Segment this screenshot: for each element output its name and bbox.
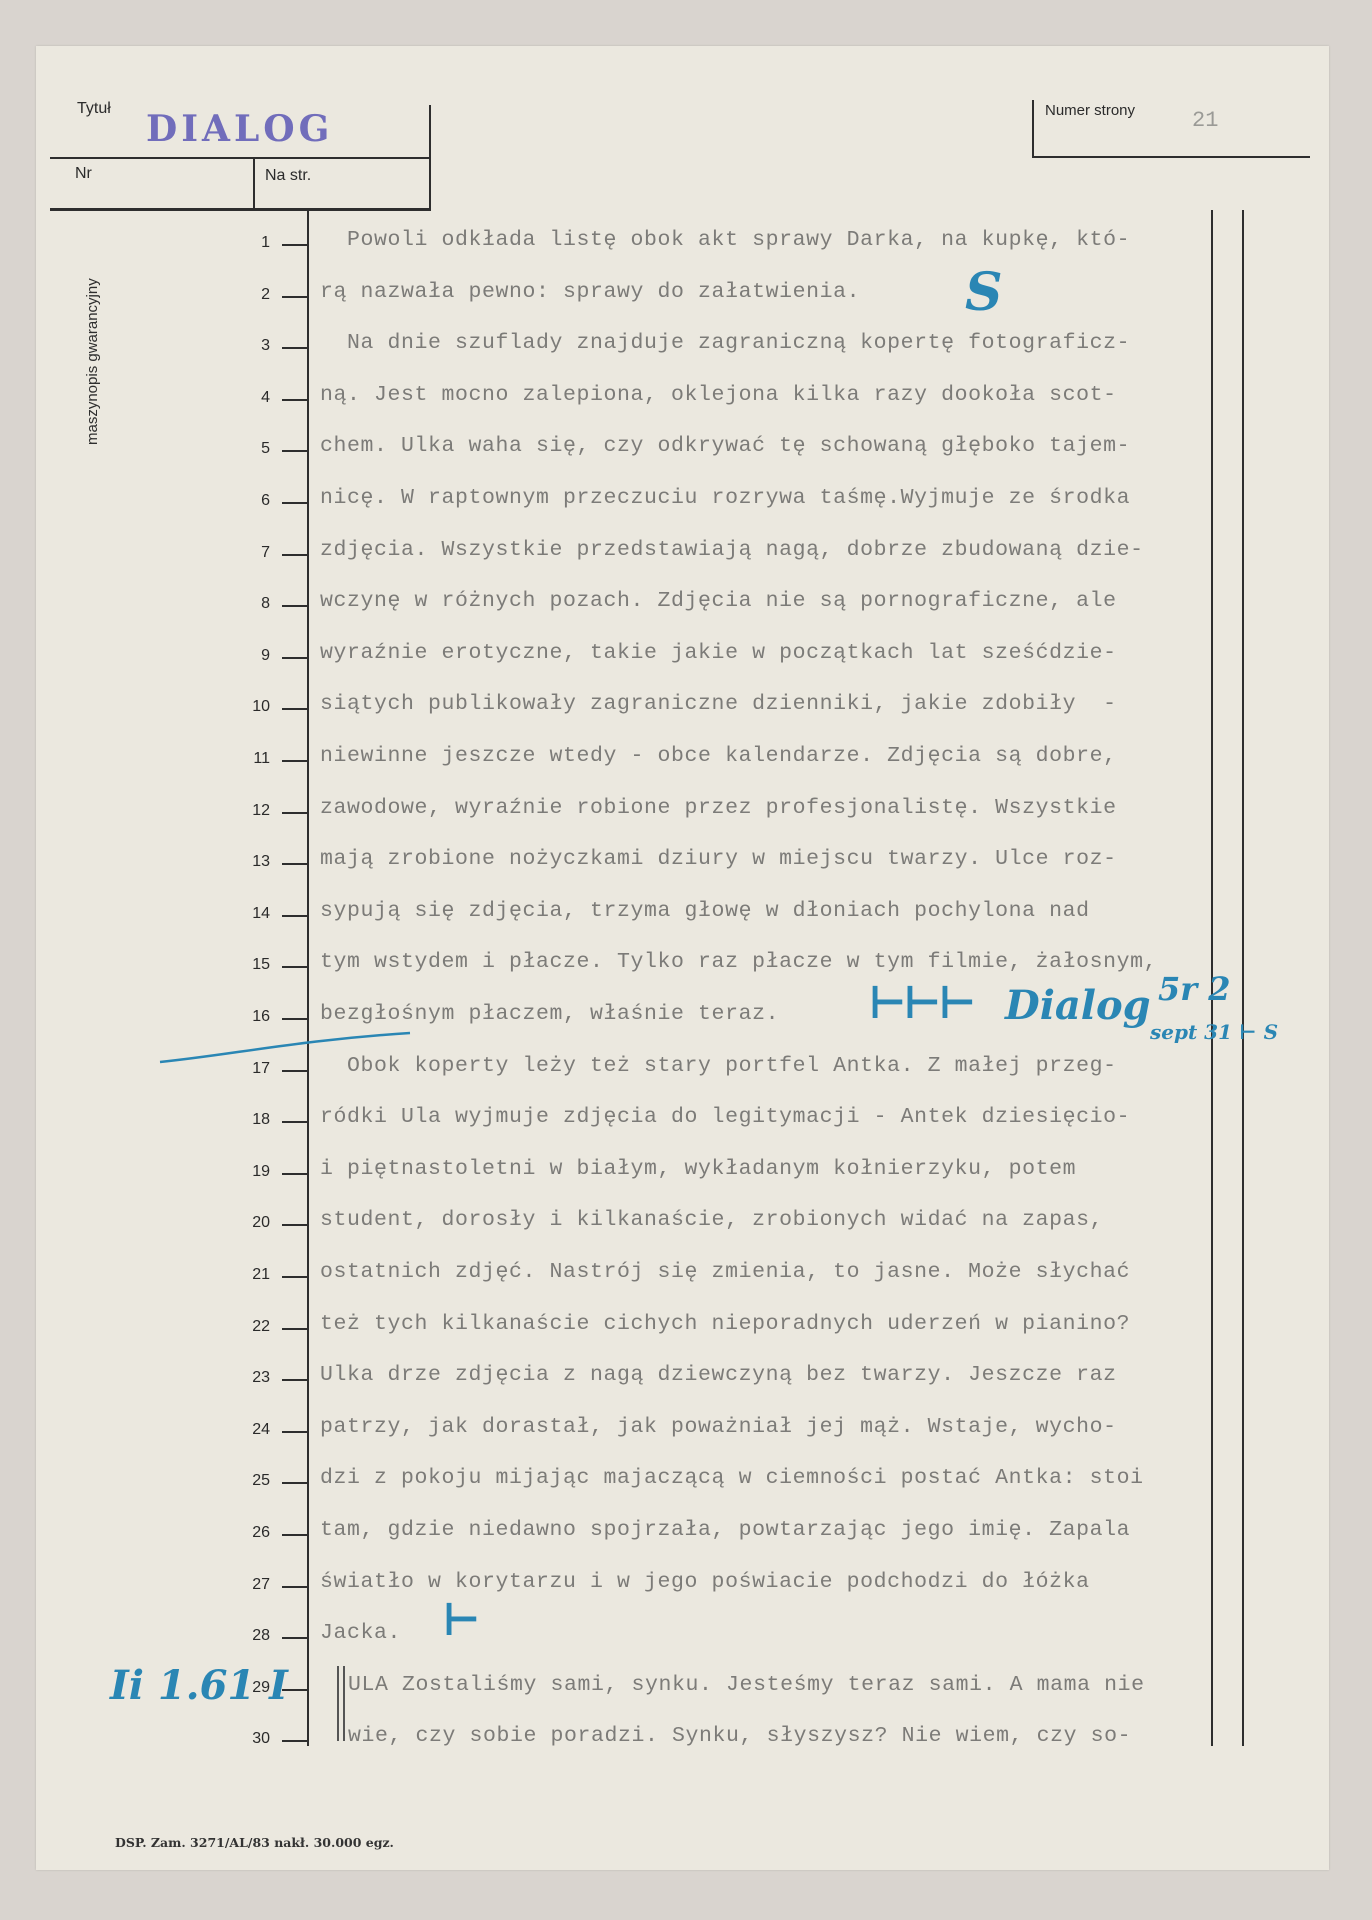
line-tick: [282, 1121, 308, 1123]
line-number: 20: [230, 1214, 270, 1232]
pen-underline-stroke: [150, 1025, 420, 1070]
line-number: 28: [230, 1627, 270, 1645]
line-number: 25: [230, 1472, 270, 1490]
text-line: nicę. W raptownym przeczuciu rozrywa taś…: [320, 486, 1130, 510]
line-number: 4: [230, 389, 270, 407]
line-number: 22: [230, 1318, 270, 1336]
line-tick: [282, 554, 308, 556]
line-tick: [282, 1379, 308, 1381]
dialog-bracket-1: [337, 1666, 339, 1741]
text-line: i piętnastoletni w białym, wykładanym ko…: [320, 1157, 1076, 1181]
line-number: 9: [230, 647, 270, 665]
line-tick: [282, 1482, 308, 1484]
page-number-box-bottom: [1032, 156, 1310, 158]
text-line: sypują się zdjęcia, trzyma głowę w dłoni…: [320, 899, 1090, 923]
line-tick: [282, 915, 308, 917]
page-number-label: Numer strony: [1045, 102, 1135, 119]
text-line: Obok koperty leży też stary portfel Antk…: [320, 1054, 1117, 1078]
line-tick: [282, 296, 308, 298]
line-tick: [282, 605, 308, 607]
line-number: 7: [230, 544, 270, 562]
line-number: 5: [230, 440, 270, 458]
line-number: 14: [230, 905, 270, 923]
text-line: bezgłośnym płaczem, właśnie teraz.: [320, 1002, 779, 1026]
text-line: tym wstydem i płacze. Tylko raz płacze w…: [320, 950, 1157, 974]
pen-mark-sept: sept 31 ⊢ S: [1150, 1020, 1278, 1044]
line-number: 8: [230, 595, 270, 613]
line-tick: [282, 347, 308, 349]
text-line: niewinne jeszcze wtedy - obce kalendarze…: [320, 744, 1117, 768]
nr-label: Nr: [75, 165, 92, 183]
line-tick: [282, 812, 308, 814]
line-tick: [282, 1224, 308, 1226]
line-number: 26: [230, 1524, 270, 1542]
line-tick: [282, 657, 308, 659]
header-divider: [50, 157, 431, 159]
text-line: Powoli odkłada listę obok akt sprawy Dar…: [320, 228, 1130, 252]
text-line: też tych kilkanaście cichych nieporadnyc…: [320, 1312, 1130, 1336]
line-number: 16: [230, 1008, 270, 1026]
line-number: 13: [230, 853, 270, 871]
text-line: patrzy, jak dorastał, jak poważniał jej …: [320, 1415, 1117, 1439]
line-number: 30: [230, 1730, 270, 1748]
text-line: ULA Zostaliśmy sami, synku. Jesteśmy ter…: [348, 1673, 1145, 1697]
text-line: zdjęcia. Wszystkie przedstawiają nagą, d…: [320, 538, 1144, 562]
text-line: ostatnich zdjęć. Nastrój się zmienia, to…: [320, 1260, 1130, 1284]
text-line: ródki Ula wyjmuje zdjęcia do legitymacji…: [320, 1105, 1130, 1129]
line-tick: [282, 863, 308, 865]
text-line: wyraźnie erotyczne, takie jakie w począt…: [320, 641, 1117, 665]
line-number: 27: [230, 1576, 270, 1594]
na-str-label: Na str.: [265, 167, 311, 185]
line-number: 2: [230, 286, 270, 304]
line-number: 1: [230, 234, 270, 252]
line-tick: [282, 708, 308, 710]
header-bottom-rule: [50, 208, 431, 211]
text-line: siątych publikowały zagraniczne dziennik…: [320, 692, 1117, 716]
line-number: 11: [230, 750, 270, 768]
pen-mark-end: ⊢: [442, 1595, 481, 1646]
text-line: dzi z pokoju mijając majaczącą w ciemnoś…: [320, 1466, 1144, 1490]
text-line: tam, gdzie niedawno spojrzała, powtarzaj…: [320, 1518, 1130, 1542]
line-tick: [282, 966, 308, 968]
line-tick: [282, 1586, 308, 1588]
text-line: rą nazwała pewno: sprawy do załatwienia.: [320, 280, 860, 304]
text-line: Na dnie szuflady znajduje zagraniczną ko…: [320, 331, 1130, 355]
title-label: Tytuł: [77, 100, 111, 118]
line-tick: [282, 1276, 308, 1278]
text-line: Ulka drze zdjęcia z nagą dziewczyną bez …: [320, 1363, 1117, 1387]
line-number: 6: [230, 492, 270, 510]
pen-mark-dialog: Dialog: [1005, 982, 1151, 1029]
pen-mark-5r2: 5r 2: [1158, 975, 1231, 1003]
line-tick: [282, 1740, 308, 1742]
pen-mark-s: S: [965, 262, 1003, 323]
text-line: chem. Ulka waha się, czy odkrywać tę sch…: [320, 434, 1130, 458]
title-stamp: DIALOG: [146, 108, 333, 150]
line-number: 15: [230, 956, 270, 974]
line-number: 23: [230, 1369, 270, 1387]
line-tick: [282, 450, 308, 452]
line-tick: [282, 1431, 308, 1433]
print-footer: DSP. Zam. 3271/AL/83 nakł. 30.000 egz.: [115, 1835, 394, 1850]
line-number: 18: [230, 1111, 270, 1129]
page-number: 21: [1192, 108, 1218, 133]
line-tick: [282, 1637, 308, 1639]
line-number: 24: [230, 1421, 270, 1439]
side-label: maszynopis gwarancyjny: [84, 278, 101, 445]
text-line: ną. Jest mocno zalepiona, oklejona kilka…: [320, 383, 1117, 407]
text-line: wie, czy sobie poradzi. Synku, słyszysz?…: [348, 1724, 1131, 1748]
page-number-box-left: [1032, 100, 1034, 158]
line-tick: [282, 244, 308, 246]
left-ruler: [307, 210, 309, 1746]
text-line: student, dorosły i kilkanaście, zrobiony…: [320, 1208, 1103, 1232]
nr-divider: [253, 158, 255, 210]
line-tick: [282, 1534, 308, 1536]
line-number: 19: [230, 1163, 270, 1181]
text-line: światło w korytarzu i w jego poświacie p…: [320, 1570, 1090, 1594]
line-tick: [282, 1328, 308, 1330]
text-line: zawodowe, wyraźnie robione przez profesj…: [320, 796, 1117, 820]
pen-mark-margin-code: Ii 1.61 Ⅰ: [110, 1662, 288, 1709]
pen-mark-scene-break: ⊢⊢⊢: [868, 978, 973, 1029]
line-number: 12: [230, 802, 270, 820]
text-line: mają zrobione nożyczkami dziury w miejsc…: [320, 847, 1117, 871]
dialog-bracket-2: [343, 1666, 345, 1741]
text-line: wczynę w różnych pozach. Zdjęcia nie są …: [320, 589, 1117, 613]
line-number: 3: [230, 337, 270, 355]
line-tick: [282, 399, 308, 401]
line-tick: [282, 1018, 308, 1020]
line-tick: [282, 1173, 308, 1175]
line-number: 10: [230, 698, 270, 716]
line-number: 21: [230, 1266, 270, 1284]
line-tick: [282, 502, 308, 504]
right-edge-line: [1242, 210, 1244, 1746]
line-tick: [282, 760, 308, 762]
text-line: Jacka.: [320, 1621, 401, 1645]
